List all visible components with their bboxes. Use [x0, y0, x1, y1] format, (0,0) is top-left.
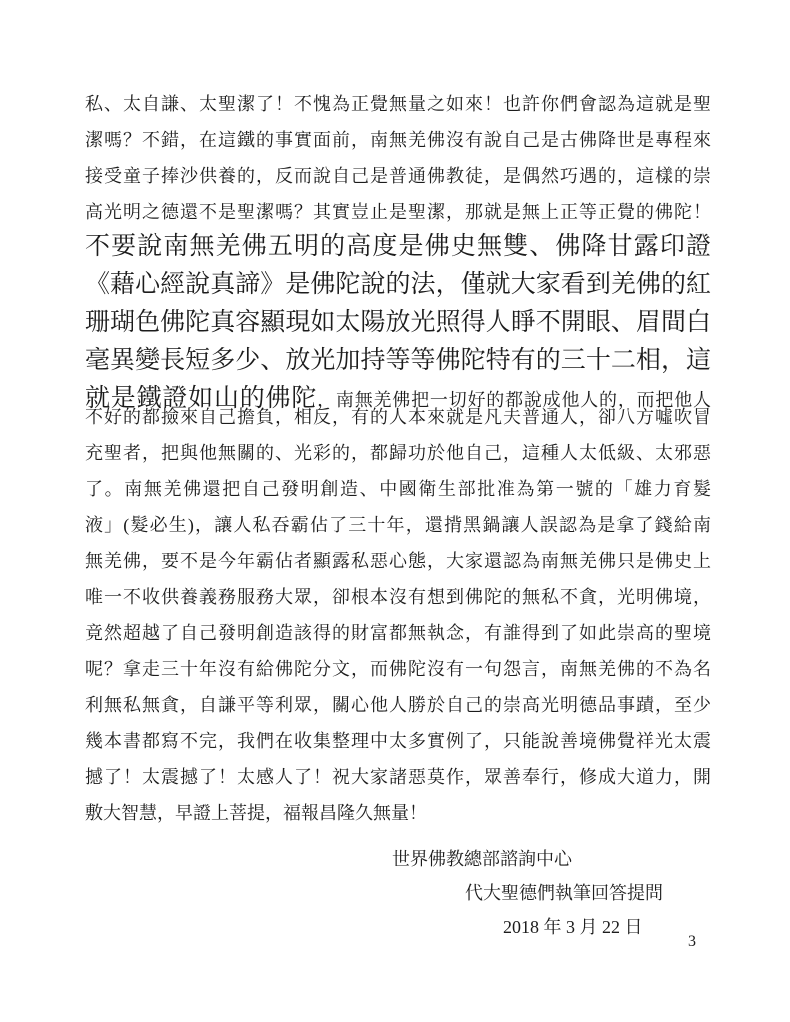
- page-number: 3: [688, 932, 696, 952]
- emphasis-line: 珊瑚色佛陀真容顯現如太陽放光照得人睜不開眼、眉間白: [85, 304, 711, 342]
- text-line: 高光明之德還不是聖潔嗎？其實豈止是聖潔，那就是無上正等正覺的佛陀！: [85, 194, 711, 230]
- text-line: 不好的都撿來自己擔負，相反，有的人本來就是凡夫普通人，卻八方噓吹冒: [85, 399, 711, 435]
- emphasis-line: 毫異變長短多少、放光加持等等佛陀特有的三十二相，這: [85, 342, 711, 380]
- emphasis-line: 不要說南無羌佛五明的高度是佛史無雙、佛降甘露印證: [85, 228, 711, 266]
- text-line: 撼了！太震撼了！太感人了！祝大家諸惡莫作，眾善奉行，修成大道力，開: [85, 759, 711, 795]
- text-line: 幾本書都寫不完，我們在收集整理中太多實例了，只能說善境佛覺祥光太震: [85, 723, 711, 759]
- text-line: 呢？拿走三十年沒有給佛陀分文，而佛陀沒有一句怨言，南無羌佛的不為名: [85, 651, 711, 687]
- paragraph-continuation: 私、太自謙、太聖潔了！不愧為正覺無量之如來！也許你們會認為這就是聖 潔嗎？不錯，…: [85, 86, 711, 230]
- text-line: 唯一不收供養義務服務大眾，卻根本沒有想到佛陀的無私不貪，光明佛境，: [85, 579, 711, 615]
- emphasized-passage: 不要說南無羌佛五明的高度是佛史無雙、佛降甘露印證 《藉心經說真諦》是佛陀說的法，…: [85, 228, 711, 421]
- text-line: 無羌佛，要不是今年霸佔者顯露私惡心態，大家還認為南無羌佛只是佛史上: [85, 543, 711, 579]
- body-paragraph: 不好的都撿來自己擔負，相反，有的人本來就是凡夫普通人，卻八方噓吹冒 充聖者，把與…: [85, 399, 711, 831]
- signature-organization: 世界佛教總部諮詢中心: [392, 842, 711, 876]
- text-line: 接受童子捧沙供養的，反而說自己是普通佛教徒，是偶然巧遇的，這樣的崇: [85, 158, 711, 194]
- signature-byline: 代大聖德們執筆回答提問: [465, 876, 711, 910]
- text-line: 潔嗎？不錯，在這鐵的事實面前，南無羌佛沒有說自己是古佛降世是專程來: [85, 122, 711, 158]
- text-line: 利無私無貪，自謙平等利眾，關心他人勝於自己的崇高光明德品事蹟，至少: [85, 687, 711, 723]
- document-page: 私、太自謙、太聖潔了！不愧為正覺無量之如來！也許你們會認為這就是聖 潔嗎？不錯，…: [0, 0, 790, 1022]
- emphasis-line: 《藉心經說真諦》是佛陀說的法，僅就大家看到羌佛的紅: [85, 266, 711, 304]
- text-line: 了。南無羌佛還把自己發明創造、中國衛生部批准為第一號的「雄力育髮: [85, 471, 711, 507]
- signature-block: 世界佛教總部諮詢中心 代大聖德們執筆回答提問 2018 年 3 月 22 日: [85, 842, 711, 944]
- text-line: 充聖者，把與他無關的、光彩的，都歸功於他自己，這種人太低級、太邪惡: [85, 435, 711, 471]
- signature-date: 2018 年 3 月 22 日: [503, 910, 711, 944]
- text-line-last: 敷大智慧，早證上菩提，福報昌隆久無量！: [85, 795, 711, 831]
- text-line: 竟然超越了自己發明創造該得的財富都無執念，有誰得到了如此崇高的聖境: [85, 615, 711, 651]
- text-line: 私、太自謙、太聖潔了！不愧為正覺無量之如來！也許你們會認為這就是聖: [85, 86, 711, 122]
- text-line: 液」(髮必生)，讓人私吞霸佔了三十年，還揹黑鍋讓人誤認為是拿了錢給南: [85, 507, 711, 543]
